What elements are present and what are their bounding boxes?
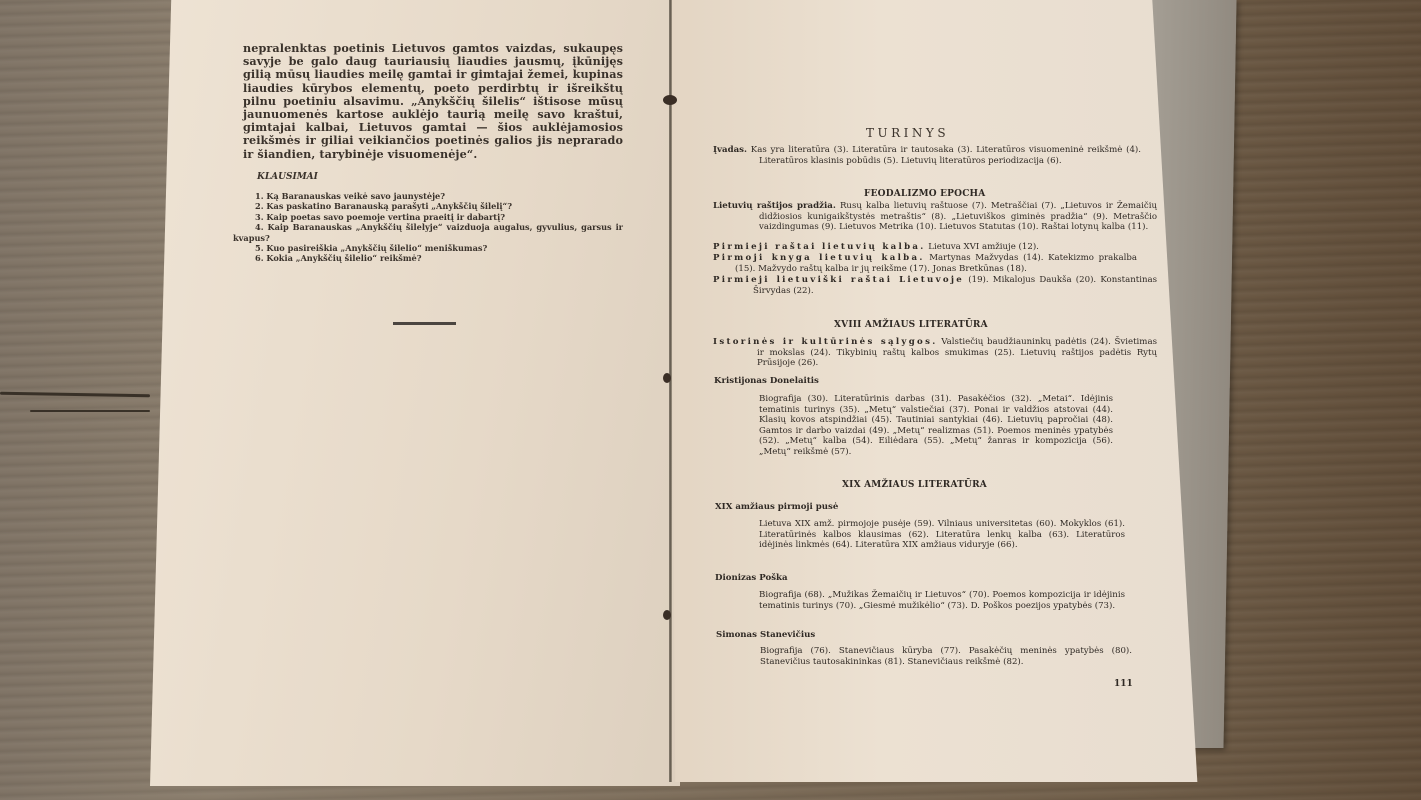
toc-author: Simonas Stanevičius [716,630,815,640]
question-item: 1. Ką Baranauskas veikė savo jaunystėje? [233,191,623,201]
toc-entry-text: Lietuva XIX amž. pirmojoje pusėje (59). … [759,519,1125,551]
section-heading: XIX AMŽIAUS LITERATŪRA [842,480,987,490]
toc-author: Dionizas Poška [715,573,788,583]
entry-lead: Įvadas. [713,145,747,155]
toc-entry: Lietuvių raštijos pradžia. Rusų kalba li… [713,201,1157,233]
toc-author: Kristijonas Donelaitis [714,376,819,386]
questions-list: 1. Ką Baranauskas veikė savo jaunystėje?… [233,191,623,264]
entry-lead: Pirmoji knyga lietuvių kalba. [713,253,925,263]
question-item: 2. Kas paskatino Baranauską parašyti „An… [233,201,623,211]
wood-grain-crack [30,410,150,412]
question-item: 6. Kokia „Anykščių šilelio“ reikšmė? [233,253,623,263]
staple-top [663,95,677,105]
toc-title: TURINYS [866,126,949,140]
section-heading: XVIII AMŽIAUS LITERATŪRA [834,320,988,330]
wood-grain-crack [0,392,150,398]
toc-entry-text: Biografija (68). „Mužikas Žemaičių ir Li… [759,590,1125,611]
toc-entry-text: Biografija (76). Stanevičiaus kūryba (77… [760,646,1132,667]
section-divider [393,322,456,325]
toc-entry: Pirmoji knyga lietuvių kalba. Martynas M… [713,253,1137,274]
toc-entry: Istorinės ir kultūrinės sąlygos. Valstie… [713,337,1157,369]
staple-middle [663,373,671,383]
toc-author: XIX amžiaus pirmoji pusė [715,502,838,512]
entry-lead: Lietuvių raštijos pradžia. [713,201,836,211]
page-number: 111 [1114,679,1133,689]
entry-lead: Istorinės ir kultūrinės sąlygos. [713,337,938,347]
questions-title: KLAUSIMAI [257,172,318,182]
question-item: 4. Kaip Baranauskas „Anykščių šilelyje“ … [233,222,623,243]
entry-lead: Pirmieji lietuviški raštai Lietuvoje [713,275,964,285]
toc-entry-text: Biografija (30). Literatūrinis darbas (3… [759,394,1113,458]
entry-text: Lietuva XVI amžiuje (12). [928,242,1039,252]
section-heading: FEODALIZMO EPOCHA [864,189,985,199]
question-item: 5. Kuo pasireiškia „Anykščių šilelio“ me… [233,243,623,253]
toc-entry-intro: Įvadas. Kas yra literatūra (3). Literatū… [713,145,1141,166]
toc-entry: Pirmieji raštai lietuvių kalba. Lietuva … [713,242,1111,253]
book-spine [669,0,672,782]
staple-bottom [663,610,671,620]
entry-lead: Pirmieji raštai lietuvių kalba. [713,242,926,252]
entry-text: Kas yra literatūra (3). Literatūra ir ta… [751,145,1141,166]
question-item: 3. Kaip poetas savo poemoje vertina prae… [233,212,623,222]
closing-paragraph: nepralenktas poetinis Lietuvos gamtos va… [243,42,623,161]
toc-entry: Pirmieji lietuviški raštai Lietuvoje (19… [713,275,1157,296]
